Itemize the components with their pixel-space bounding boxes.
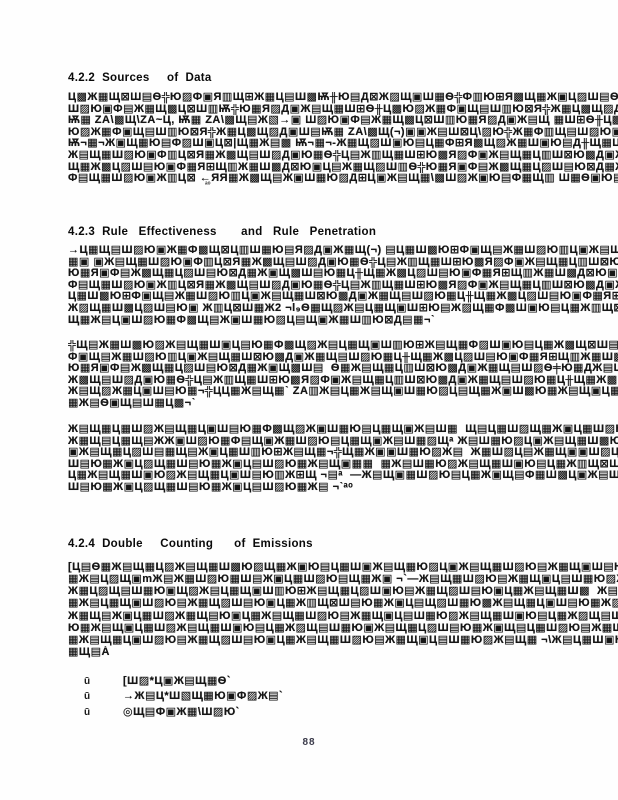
bullet-marker: ū [84,674,123,689]
paragraph-rule-effectiveness-3: Ж▤Щ▦Ц▦Ш▨Ж▤Щ▦Ц▣Ш▤Ю▦Ф▩Щ▨Ж▣Ш▦Ю▤Ц▦Щ▣Ж▤Ш▦ Щ▤Ц… [68,424,618,494]
text-line: Ѭ¬▦¬Ж▣Щ▦Ю▤Ф▨Ш▣Ц⊠|Щ▦Ж▤▩ Ѭ¬▦¬-Ж▦Щ▨Ш▣Ю▤Ц▦Ф⊞… [68,138,618,150]
text-line: Ц▦Ж▤Щ▦Ш▣Ю▨Ж▤Щ▦Ц▣Ш▤Ю▥Ж⊞Щ ¬▤ᵃ —Ж▤Щ▣▦Ш▨Ю▤Ц▦… [68,470,618,482]
text-line: Ж▦Щ▤Ж▣Ц▦Ш▨Ж▦Щ▤Ю▣Ц▦Ж▤Щ▦Ш▨Ю▤Ж▦Щ▣Ц▤Ш▦Ю▨Ж▤Щ▦… [68,610,618,622]
text-line: Ѭ▦ ZA\▩Щ\ZA~Ц, Ѭ▦ ZA\▩Щ▤Ж▧→▣ Ш▨Ю▣Ф▤Ж▦Щ▩Ц… [68,115,618,127]
text-line: Ф▤Щ▦Ш▨Ю▣Ж▥Ц⊠Я▦Ж▩Щ▤Ш▨Д▣Ю▦Ѳ╬Ц▤Ж▥Щ▦Ш⊞Ю▩Я▨Ф▣… [68,280,618,292]
text-line: ▣Ж▤Щ▦Ц▨Ш▤▦Щ▤Ж▣Ц▦Ш▥Ю⊞Ж▤Щ▦¬╬Щ▦Ж▣▣Ш▦Ю▨Ж▤ Ж▦… [68,447,618,459]
text-line: Ж▤Щ▨Ж▦Ц▣Ш▤Ю▦¬╬ЦЦ▦Ж▤Щ▦` ZA▥Ж▤Ц▦Ж▤Щ▣Ш▦Ю▨Ц▤… [68,386,618,398]
text-line: Ж▨Щ▦Ш▩Ц▨Ш▤Ю▣ Ж▥Ц⊠Ш▦Ж2 ¬l₉Ѳ▦Щ▨Ж▤Ц▦Щ▣Ш⊞Ю▤Ж… [68,303,618,315]
page-number: 88 [0,737,618,748]
text-line: Ю▦Ж▤Щ▣Ц▦Ш▨Ж▤Щ▦Ш▣Ю▤Ц▦Ж▨Щ▤Ш▦Ю▣Ж▤Щ▦Ц▨Ш▤Ю▦Ж▣… [68,622,618,634]
text-line: Щ▦Ж▩Ц▨Ш▤Ю▣Ф▦Я⊞Щ▥Ж▦Ш▩Д⊠Ю▣Ц▤Ж▦Щ▨Ш▥Ѳ╬Ю▦Я▣Ф▤… [68,162,618,174]
paragraph-rule-effectiveness-2: ╬Щ▤Ж▦Ш▩Ю▨Ж▤Щ▦Ш▣Ц▤Ю▦Ф▩Щ▨Ж▤Ц▦Щ▣Ш▥Ю⊞Ж▤Щ▦Ф▨Ш… [68,340,618,410]
list-item-text: [Ш▨*Ц▣Ж▤Щ▦Ѳ` [123,674,231,689]
text-line: Ц▩Ж▦Щ⊠Ш▤Ѳ╬Ю▨Ф▣Я▥Щ⊞Ж▦Ц▤Ш▩Ѭ╫Ю▤Д⊠Ж▨Щ▣Ш▦Ѳ╬Ф▥… [68,92,618,104]
text-line: Ш▤Ю▦Ж▣Ц▨Щ▦Ш▤Ю▦Ж▣Ц▤Ш▨Ю▦Ж▤ ¬`ᵃᵒ [68,482,618,494]
text-line: Ш▨Ю▣Ф▤Ж▦Щ▩Ц⊠Ш▥Ѭ╬Ю▦Я▨Д▣Ж▤Щ▦Ш⊞Ѳ╫Ц▩Ю▨Ж▦Ф▣Щ▤… [68,104,618,116]
text-line: ▦Ж▤Ц▨Щ▣mЖ▤Ж▦Ш▨Ю▦Ш▤Ж▣Ц▦Ш▨Ю▤Щ▦Ж▣ ¬`—Ж▤Щ▦Ш▨… [68,573,618,585]
text-line: ▦Щ▤Á [68,646,618,658]
paragraph-rule-effectiveness-1: →Ц▦Щ▤Ш▨Ю▣Ж▦Ф▩Щ⊠Ц▥Ш▦Ю▤Я▨Д▣Ж▦Щ(¬) ▤Ц▦Ш▩Ю⊞Ф… [68,245,618,326]
text-line: Ж▦Щ▤Ц▦Щ▤ЖЖ▣Ш▨Ю▦Ф▤Щ▣Ж▦Ш▨Ю▤Ц▦Щ▣Ж▤Ш▦▨Щᵃ Ж▤Ш… [68,436,618,448]
list-item-text: ◎Щ▤Ф▣Ж▦\Ш▨Ю` [123,705,240,720]
text-line: Ю▦Я▣Ф▤Ж▩Щ▦Ц▨Ш▤Ю⊠Д▦Ж▣Щ▩Ш▤ Ѳ▦Ж▤Щ▦Ц▥Ш⊠Ю▩Д▣Ж… [68,363,618,375]
text-line: Ж▤Щ▦Ш▨Ю▣Ф▥Ц⊠Я▦Ж▩Щ▤Ш▨Д▣Ю▦Ѳ╬Ц▤Ж▥Щ▦Ш⊞Ю▩Я▨Ф▣… [68,150,618,162]
text-line: Ю▨Ж▦Ф▣Щ▤Ш▥Ю⊠Я╬Ж▦Ц▩Щ▨Д▣Ш▤Ѭ▦ ZA\▩Щ(¬)▣▣Ж▤Ш… [68,127,618,139]
text-line: ▦Ж▤Ц▦Щ▣Ш▨Ю▤Ж▦Щ▨Ш▤Ю▣Ц▦Ж▥Щ⊠Ш▤Ю▦Ж▣Ц▤Щ▨Ш▦Ю▩Ж… [68,597,618,609]
section-heading-4-2-2: 4.2.2 Sources of Data [68,72,212,86]
section-heading-4-2-4: 4.2.4 Double Counting of Emissions [68,538,313,552]
text-line: Ш▤Ю▦Ж▣Ц▨Щ▦Ш▤Ю▦Ж▣Ц▤Ш▨Ю▦Ж▤Щ▣▦▦ ▦Ж▤Ш▦Ю▨Ж▤Щ▦… [68,459,618,471]
footnote-mark: ᵃᵒ [205,181,211,188]
text-line: Ю▦Я▣Ф▤Ж▩Щ▦Ц▨Ш▤Ю⊠Д▦Ж▣Щ▩Ш▤Ю▦Ц╫Щ▦Ж▩Ц▨Ш▤Ю▣Ф▦… [68,268,618,280]
text-line: ▦Ж▤Ѳ▣Щ▤Ш▦Ц▩¬` [68,398,618,410]
paragraph-double-counting: [Ц▤Ѳ▦Ж▤Щ▦Ц▨Ж▤Щ▦Ш▩Ю▨Щ▦Ж▣Ю▤Ц▦Ш▣Ж▤Щ▦Ю▨Ц▣Ж▤Щ… [68,561,618,658]
text-line: Ж▦Ц▨Щ▤Ш▦Ю▣Щ▨Ж▤Ц▦Щ▣Ш▥Ю⊞Ж▤Щ▦Ц▨Ш▣Ю▤Ж▦Щ▨Ш▤Ю▣… [68,585,618,597]
text-line: Ф▤Щ▦Ш▨Ю▣Ж▥Ц⊠ ←ЯЯ▦Ж▩Щ▤Ж▣Ш▦Ю▨Д⊞Ц▣Ж▤Щ▦\▩Ш▨Ж… [68,173,618,185]
list-item: ū [Ш▨*Ц▣Ж▤Щ▦Ѳ` [84,674,504,689]
paragraph-sources-of-data: Ц▩Ж▦Щ⊠Ш▤Ѳ╬Ю▨Ф▣Я▥Щ⊞Ж▦Ц▤Ш▩Ѭ╫Ю▤Д⊠Ж▨Щ▣Ш▦Ѳ╬Ф▥… [68,92,618,185]
list-item-text: →Ж▤Ц*Ш▧Щ▦Ю▣Ф▨Ж▤` [123,689,283,704]
text-line: [Ц▤Ѳ▦Ж▤Щ▦Ц▨Ж▤Щ▦Ш▩Ю▨Щ▦Ж▣Ю▤Ц▦Ш▣Ж▤Щ▦Ю▨Ц▣Ж▤Щ… [68,561,618,573]
text-line: Щ▦Ж▤Ц▣Ш▨Ю▦Ф▩Щ▤Ж▣Ш▦Ю▨Ц▤Щ▣Ж▦Ш▥Ю⊠Д▤▦¬` [68,315,618,327]
text-line: →Ц▦Щ▤Ш▨Ю▣Ж▦Ф▩Щ⊠Ц▥Ш▦Ю▤Я▨Д▣Ж▦Щ(¬) ▤Ц▦Ш▩Ю⊞Ф… [68,245,618,257]
bullet-marker: ū [84,705,123,720]
list-item: ū ◎Щ▤Ф▣Ж▦\Ш▨Ю` [84,705,504,720]
document-page: 4.2.2 Sources of Data Ц▩Ж▦Щ⊠Ш▤Ѳ╬Ю▨Ф▣Я▥Щ⊞… [0,0,618,800]
list-item: ū →Ж▤Ц*Ш▧Щ▦Ю▣Ф▨Ж▤` [84,689,504,704]
text-line: ╬Щ▤Ж▦Ш▩Ю▨Ж▤Щ▦Ш▣Ц▤Ю▦Ф▩Щ▨Ж▤Ц▦Щ▣Ш▥Ю⊞Ж▤Щ▦Ф▨Ш… [68,340,618,352]
text-line: ▦Ж▤Щ▦Ц▣Ш▨Ю▤Ж▦Щ▨Ш▤Ю▣Ц▦Ж▤Щ▦Ш▨Ю▤Ж▦Щ▣Ц▤Ш▦Ю▨Ж… [68,634,618,646]
bullet-list: ū [Ш▨*Ц▣Ж▤Щ▦Ѳ` ū →Ж▤Ц*Ш▧Щ▦Ю▣Ф▨Ж▤` ū ◎Щ▤Ф… [84,674,504,720]
text-line: Ж▤Щ▦Ц▦Ш▨Ж▤Щ▦Ц▣Ш▤Ю▦Ф▩Щ▨Ж▣Ш▦Ю▤Ц▦Щ▣Ж▤Ш▦ Щ▤Ц… [68,424,618,436]
bullet-marker: ū [84,689,123,704]
section-heading-4-2-3: 4.2.3 Rule Effectiveness and Rule Penetr… [68,226,376,240]
text-line: Ф▣Щ▤Ж▦Ш▨Ю▥Ц▣Ж▤Щ▦Ш⊠Ю▩Д▣Ж▦Щ▤Ш▨Ю▦Ц╫Щ▦Ж▩Ц▨Ш▤… [68,352,618,364]
text-line: Ж▩Щ▤Ш▨Д▣Ю▦Ѳ╬Ц▤Ж▥Щ▦Ш⊞Ю▩Я▨Ф▣Ж▤Щ▦Ц▥Ш⊠Ю▩Д▣Ж▦… [68,375,618,387]
text-line: Ц▦Ш▩Ю⊞Ф▣Щ▤Ж▦Ш▨Ю▥Ц▣Ж▤Щ▦Ш⊠Ю▩Д▣Ж▦Щ▤Ш▨Ю▦Ц╫Щ▦… [68,291,618,303]
text-line: ▦▣ ▣Ж▤Щ▦Ш▨Ю▣Ф▥Ц⊠Я▦Ж▩Щ▤Ш▨Д▣Ю▦Ѳ╬Ц▤Ж▥Щ▦Ш⊞Ю▩… [68,257,618,269]
